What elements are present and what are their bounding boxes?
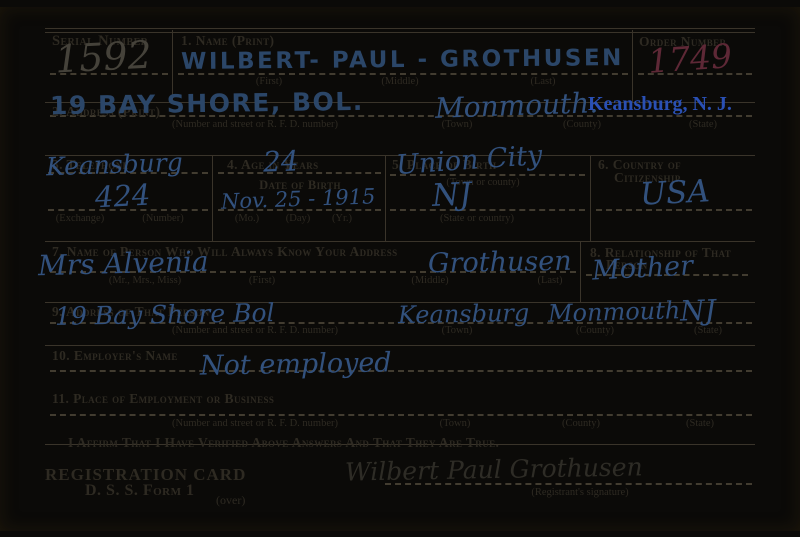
- relationship-value: Mother: [591, 250, 694, 286]
- employer-fill-line: [50, 370, 752, 372]
- telephone-exchange-sublabel: (Exchange): [56, 213, 104, 224]
- order-number-value: 1749: [647, 36, 734, 81]
- form-number: D. S. S. Form 1: [85, 482, 195, 500]
- dob-day-sublabel: (Day): [286, 213, 311, 224]
- name-middle-sublabel: (Middle): [381, 76, 418, 87]
- grid-line: [632, 30, 633, 102]
- registration-card: Serial Number 1592 1. Name (Print) WILBE…: [0, 7, 800, 531]
- contact-first-sublabel: (First): [249, 275, 275, 286]
- age-value: 24: [262, 144, 299, 178]
- contact-middle-sublabel: (Middle): [411, 275, 448, 286]
- grid-line: [385, 155, 386, 241]
- name-label: 1. Name (Print): [181, 33, 274, 49]
- dob-month-sublabel: (Mo.): [235, 213, 259, 224]
- serial-number-value: 1592: [54, 32, 153, 81]
- contact-last-sublabel: (Last): [537, 275, 562, 286]
- contact-address-street-sublabel: (Number and street or R. F. D. number): [172, 325, 338, 336]
- address-town-state-stamp: Keansburg, N. J.: [588, 93, 732, 116]
- grid-line: [45, 345, 755, 346]
- birthplace-state-sublabel: (State or country): [440, 213, 514, 224]
- telephone-number-sublabel: (Number): [142, 213, 183, 224]
- citizenship-value: USA: [639, 173, 711, 213]
- grid-line: [580, 241, 581, 302]
- employment-street-sublabel: (Number and street or R. F. D. number): [172, 418, 338, 429]
- telephone-number-value: 424: [94, 178, 151, 215]
- contact-address-state-sublabel: (State): [694, 325, 722, 336]
- employer-value: Not employed: [200, 347, 392, 381]
- over-note: (over): [216, 493, 245, 508]
- top-double-rule: [45, 28, 755, 33]
- employment-place-label: 11. Place of Employment or Business: [52, 391, 274, 407]
- employment-county-sublabel: (County): [562, 418, 600, 429]
- address-street-value: 19 BAY SHORE, BOL.: [50, 87, 364, 120]
- birth-state-fill-line: [390, 209, 585, 211]
- address-county-sublabel: (County): [563, 119, 601, 130]
- signature-sublabel: (Registrant's signature): [531, 487, 628, 498]
- telephone-exchange-value: Keansburg: [46, 148, 184, 182]
- contact-address-county-sublabel: (County): [576, 325, 614, 336]
- dob-year-sublabel: (Yr.): [332, 213, 352, 224]
- employment-town-sublabel: (Town): [440, 418, 471, 429]
- employment-place-fill-line: [50, 414, 752, 416]
- grid-line: [590, 155, 591, 241]
- grid-line: [45, 241, 755, 242]
- affirmation-statement: I Affirm That I Have Verified Above Answ…: [68, 435, 499, 451]
- contact-address-county-value: Monmouth: [548, 296, 681, 327]
- employer-label: 10. Employer's Name: [52, 348, 178, 364]
- scan-background: Serial Number 1592 1. Name (Print) WILBE…: [0, 0, 800, 537]
- address-street-sublabel: (Number and street or R. F. D. number): [172, 119, 338, 130]
- name-first-sublabel: (First): [256, 76, 282, 87]
- name-last-sublabel: (Last): [530, 76, 555, 87]
- registrant-signature: Wilbert Paul Grothusen: [345, 452, 643, 486]
- contact-address-state-value: NJ: [679, 293, 716, 327]
- employment-state-sublabel: (State): [686, 418, 714, 429]
- address-state-sublabel: (State): [689, 119, 717, 130]
- contact-address-town-sublabel: (Town): [442, 325, 473, 336]
- birthplace-state-value: NJ: [431, 176, 472, 214]
- grid-line: [212, 155, 213, 241]
- address-town-sublabel: (Town): [442, 119, 473, 130]
- contact-title-sublabel: (Mr., Mrs., Miss): [109, 275, 181, 286]
- name-value: WILBERT- PAUL - GROTHUSEN: [181, 45, 624, 75]
